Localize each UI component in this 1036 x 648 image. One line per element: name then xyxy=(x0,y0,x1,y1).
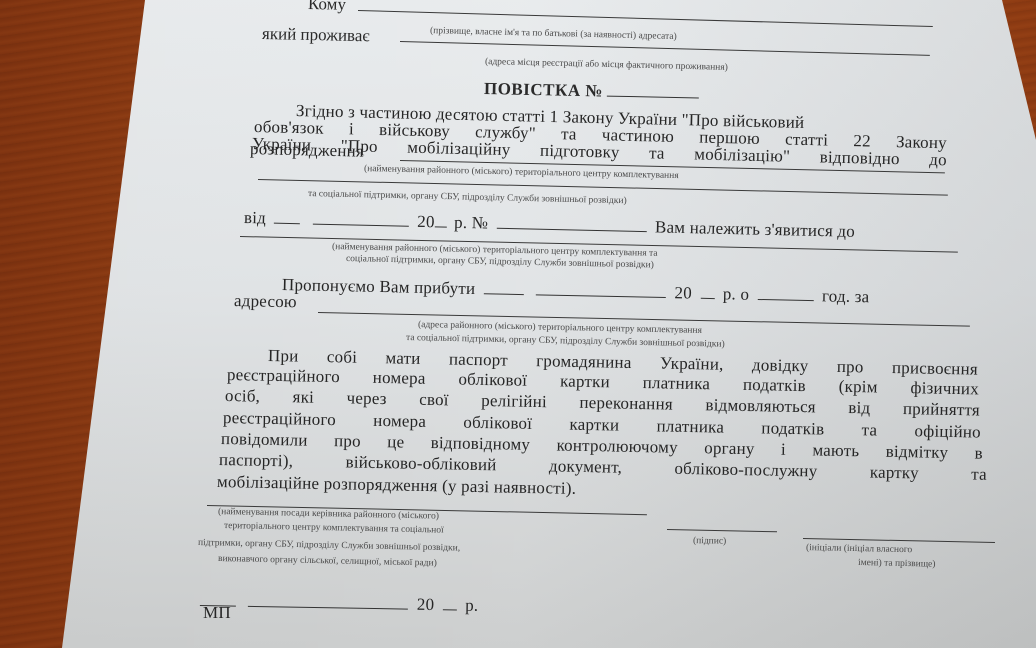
position-hint-2: територіального центру комплектування та… xyxy=(224,521,444,536)
resides-hint: (адреса місця реєстрації або місця факти… xyxy=(485,57,728,73)
docs-line-7: мобілізаційне розпорядження (у разі наяв… xyxy=(217,472,577,499)
arrive-text: Пропонуємо Вам прибути xyxy=(282,275,476,298)
arrive-year-field[interactable] xyxy=(700,281,714,299)
position-hint-4: виконавчого органу сільської, селищної, … xyxy=(218,554,437,569)
footer-year-field[interactable] xyxy=(443,592,457,610)
month-field[interactable] xyxy=(313,207,409,227)
tck-hint-1b: та соціальної підтримки, органу СБУ, під… xyxy=(308,189,627,206)
address-label: адресою xyxy=(234,291,297,312)
signature-field-line[interactable] xyxy=(667,529,777,533)
arrive-line: Пропонуємо Вам прибути 20 р. о год. за xyxy=(282,272,870,307)
arrive-at-label: р. о xyxy=(723,284,750,304)
address-hint-b: та соціальної підтримки, органу СБУ, під… xyxy=(406,333,725,350)
order-number-field[interactable] xyxy=(496,211,646,232)
stamp-label: МП xyxy=(203,603,231,623)
footer-year-label: 20 xyxy=(417,595,435,614)
footer-month-field[interactable] xyxy=(248,589,408,610)
date-line: від 20 р. № Вам належить з'явитися до xyxy=(244,205,856,242)
initials-hint-2: імені) та прізвище) xyxy=(858,558,936,570)
arrive-month-field[interactable] xyxy=(536,277,666,298)
initials-hint-1: (ініціали (ініціал власного xyxy=(806,543,912,555)
to-field-line[interactable] xyxy=(358,10,933,27)
year-label: 20 xyxy=(417,212,435,231)
footer-date-line: 20 р. xyxy=(200,588,479,616)
summons-number-field[interactable] xyxy=(607,79,699,99)
resides-label: який проживає xyxy=(262,24,370,46)
to-label: Кому xyxy=(308,0,346,15)
summons-document: Кому (прізвище, власне ім'я та по батько… xyxy=(0,0,1036,648)
number-label: р. № xyxy=(454,213,488,233)
arrive-hour-label: год. за xyxy=(822,286,870,306)
arrive-year-label: 20 xyxy=(674,283,692,302)
year-field[interactable] xyxy=(435,209,447,227)
resides-field-line[interactable] xyxy=(400,41,930,56)
footer-year-suffix: р. xyxy=(465,596,478,615)
signature-hint: (підпис) xyxy=(693,536,726,547)
day-field[interactable] xyxy=(274,206,300,225)
arrive-day-field[interactable] xyxy=(484,276,524,295)
to-hint: (прізвище, власне ім'я та по батькові (з… xyxy=(430,26,677,42)
title-text: ПОВІСТКА № xyxy=(484,79,603,100)
arrive-hour-field[interactable] xyxy=(757,282,813,301)
document-title: ПОВІСТКА № xyxy=(484,76,703,104)
appear-text: Вам належить з'явитися до xyxy=(655,217,855,241)
from-label: від xyxy=(244,208,266,227)
position-hint-3: підтримки, органу СБУ, підрозділу Служби… xyxy=(198,538,460,553)
intro-line-4: розпорядження xyxy=(250,139,364,161)
